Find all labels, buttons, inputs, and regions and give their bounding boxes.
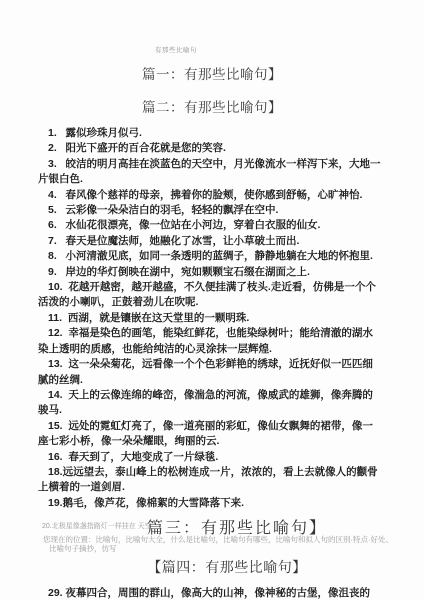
simile-list: 1. 露似珍珠月似弓. 2. 阳光下盛开的百合花就是您的笑容. 3. 皎洁的明月…: [38, 126, 382, 511]
list-item: 16. 春天到了，大地变成了一片绿毯.: [38, 450, 382, 465]
list-item: 19.鹅毛，像芦花，像棉絮的大雪降落下来.: [38, 496, 382, 511]
list-item-29: 29. 夜幕四合，周围的群山，像高大的山神，像神秘的古堡，像沮丧的: [38, 586, 382, 600]
list-item: 13. 这一朵朵菊花，远看像一个个色彩鲜艳的绣球，近抚好似一匹匹细腻的丝绸.: [38, 357, 382, 388]
list-item: 5. 云彩像一朵朵洁白的羽毛，轻轻的飘浮在空中.: [38, 203, 382, 218]
document-header-title: 有那些比喻句: [155, 45, 424, 54]
list-item: 11. 西湖，就是镶嵌在这天堂里的一颗明珠.: [38, 311, 382, 326]
list-item: 10. 花越开越密，越开越盛，不久便挂满了枝头.走近看，仿佛是一个个活泼的小喇叭…: [38, 280, 382, 311]
heading-pian2: 篇二：有那些比喻句】: [0, 96, 424, 116]
list-item: 14. 天上的云像连绵的峰峦，像湍急的河流，像威武的雄狮，像奔腾的骏马.: [38, 388, 382, 419]
heading-pian3: 篇三：有那些比喻句】: [147, 515, 327, 538]
breadcrumb-line2: 比喻句子摘抄，仿写: [43, 544, 404, 553]
gray-item-20: 20.北极星像盏指路灯一样挂在 天空: [42, 521, 152, 531]
list-item: 6. 水仙花很漂亮，像一位站在小河边，穿着白衣服的仙女.: [38, 218, 382, 233]
list-item: 3. 皎洁的明月高挂在淡蓝色的天空中，月光像流水一样泻下来，大地一片银白色.: [38, 157, 382, 188]
list-item: 8. 小河清澈见底，如同一条透明的蓝绸子，静静地躺在大地的怀抱里.: [38, 249, 382, 264]
heading-pian4: 【篇四：有那些比喻句】: [30, 557, 424, 577]
list-item: 2. 阳光下盛开的百合花就是您的笑容.: [38, 141, 382, 156]
list-item: 7. 春天是位魔法师，她融化了冰雪，让小草破土而出.: [38, 234, 382, 249]
document-page: 有那些比喻句 篇一：有那些比喻句】 篇二：有那些比喻句】 1. 露似珍珠月似弓.…: [0, 0, 424, 600]
list-item: 18.远远望去，泰山峰上的松树连成一片，浓浓的，看上去就像人的颧骨上横着的一道剑…: [38, 465, 382, 496]
list-item: 4. 春风像个慈祥的母亲，拂着你的脸颊，使你感到舒畅，心旷神怡.: [38, 188, 382, 203]
heading-pian1: 篇一：有那些比喻句】: [0, 63, 424, 83]
list-item: 12. 幸福是染色的画笔，能染红鲜花，也能染绿树叶；能给清澈的湖水染上透明的质感…: [38, 326, 382, 357]
list-item: 9. 岸边的华灯倒映在湖中，宛如颗颗宝石缀在湖面之上.: [38, 265, 382, 280]
list-item: 15. 远处的霓虹灯亮了，像一道亮丽的彩虹，像仙女飘舞的裙带，像一座七彩小桥，像…: [38, 419, 382, 450]
section-three-overlap: 20.北极星像盏指路灯一样挂在 天空 篇三：有那些比喻句】: [0, 515, 424, 535]
list-item: 1. 露似珍珠月似弓.: [38, 126, 382, 141]
